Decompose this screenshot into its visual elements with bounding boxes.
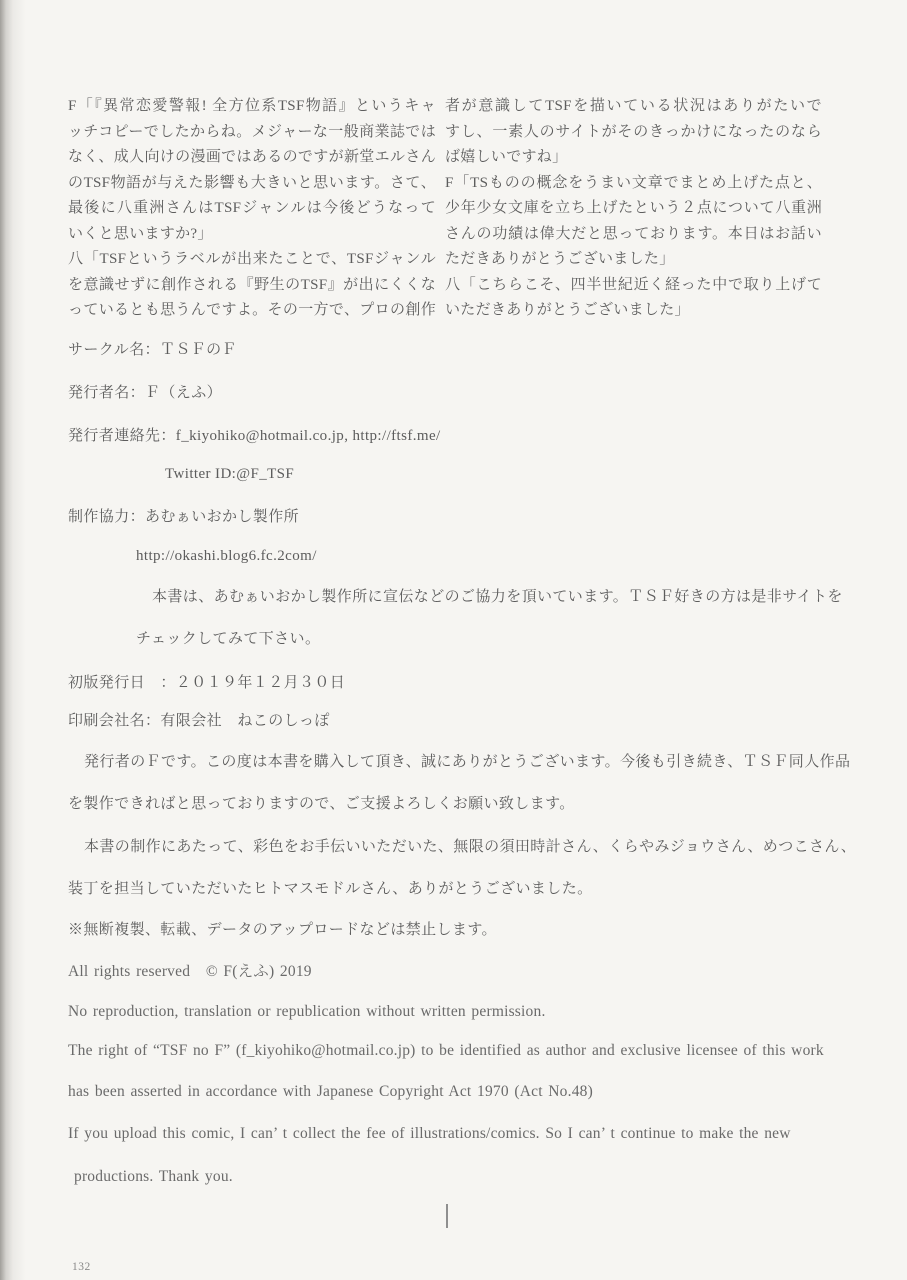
interview-line: F「『異常恋愛警報! 全方位系TSF物語』というキャ — [68, 94, 436, 120]
scanned-colophon-page: F「『異常恋愛警報! 全方位系TSF物語』というキャ ッチコピーでしたからね。メ… — [0, 0, 907, 1280]
interview-line: いただきありがとうございました」 — [445, 298, 822, 324]
page-edge-shadow — [0, 0, 26, 1280]
interview-line: 八「こちらこそ、四半世紀近く経った中で取り上げて — [445, 273, 822, 299]
copyright-line: If you upload this comic, I can’ t colle… — [68, 1125, 791, 1143]
interview-line: 者が意識してTSFを描いている状況はありがたいで — [445, 94, 822, 120]
interview-line: 最後に八重洲さんはTSFジャンルは今後どうなって — [68, 196, 436, 222]
interview-column-right: 者が意識してTSFを描いている状況はありがたいで すし、一素人のサイトがそのきっ… — [445, 94, 822, 324]
interview-line: を意識せずに創作される『野生のTSF』が出にくくな — [68, 273, 436, 299]
interview-line: のTSF物語が与えた影響も大きいと思います。さて、 — [68, 171, 436, 197]
circle-name-line: サークル名：ＴＳＦのＦ — [68, 341, 237, 359]
interview-line: いくと思いますか?」 — [68, 222, 436, 248]
page-number: 132 — [72, 1261, 91, 1273]
interview-line: ただきありがとうございました」 — [445, 247, 822, 273]
interview-line: F「TSものの概念をうまい文章でまとめ上げた点と、 — [445, 171, 822, 197]
interview-line: 少年少女文庫を立ち上げたという２点について八重洲 — [445, 196, 822, 222]
credits-line: 本書の制作にあたって、彩色をお手伝いいただいた、無限の須田時計さん、くらやみジョ… — [84, 838, 856, 856]
support-note-line: チェックしてみて下さい。 — [136, 630, 320, 648]
interview-line: すし、一素人のサイトがそのきっかけになったのなら — [445, 120, 822, 146]
interview-line: っているとも思うんですよ。その一方で、プロの創作 — [68, 298, 436, 324]
support-site-url-line: http://okashi.blog6.fc.2com/ — [136, 547, 317, 565]
publisher-contact-line: 発行者連絡先：f_kiyohiko@hotmail.co.jp, http://… — [68, 427, 441, 445]
interview-line: ば嬉しいですね」 — [445, 145, 822, 171]
interview-line: さんの功績は偉大だと思っております。本日はお話い — [445, 222, 822, 248]
interview-column-left: F「『異常恋愛警報! 全方位系TSF物語』というキャ ッチコピーでしたからね。メ… — [68, 94, 436, 324]
afterword-line: を製作できればと思っておりますので、ご支援よろしくお願い致します。 — [68, 795, 575, 813]
copyright-line: No reproduction, translation or republic… — [68, 1003, 546, 1021]
first-edition-date-line: 初版発行日 ：２０１９年１２月３０日 — [68, 674, 345, 692]
copyright-line: productions. Thank you. — [74, 1168, 233, 1186]
publisher-name-line: 発行者名：Ｆ（えふ） — [68, 384, 222, 402]
copyright-line: All rights reserved © F(えふ) 2019 — [68, 963, 312, 981]
credits-line: 装丁を担当していただいたヒトマスモドルさん、ありがとうございました。 — [68, 880, 593, 898]
production-support-line: 制作協力：あむぁいおかし製作所 — [68, 508, 299, 526]
stray-scan-mark — [446, 1204, 448, 1228]
interview-line: ッチコピーでしたからね。メジャーな一般商業誌では — [68, 120, 436, 146]
prohibition-notice-line: ※無断複製、転載、データのアップロードなどは禁止します。 — [68, 921, 497, 939]
afterword-line: 発行者のＦです。この度は本書を購入して頂き、誠にありがとうございます。今後も引き… — [84, 753, 850, 771]
twitter-id-line: Twitter ID:@F_TSF — [165, 465, 294, 483]
support-note-line: 本書は、あむぁいおかし製作所に宣伝などのご協力を頂いています。ＴＳＦ好きの方は是… — [152, 588, 843, 606]
printer-name-line: 印刷会社名：有限会社 ねこのしっぽ — [68, 712, 330, 730]
interview-line: なく、成人向けの漫画ではあるのですが新堂エルさん — [68, 145, 436, 171]
interview-line: 八「TSFというラベルが出来たことで、TSFジャンル — [68, 247, 436, 273]
copyright-line: has been asserted in accordance with Jap… — [68, 1083, 593, 1101]
copyright-line: The right of “TSF no F” (f_kiyohiko@hotm… — [68, 1042, 824, 1060]
